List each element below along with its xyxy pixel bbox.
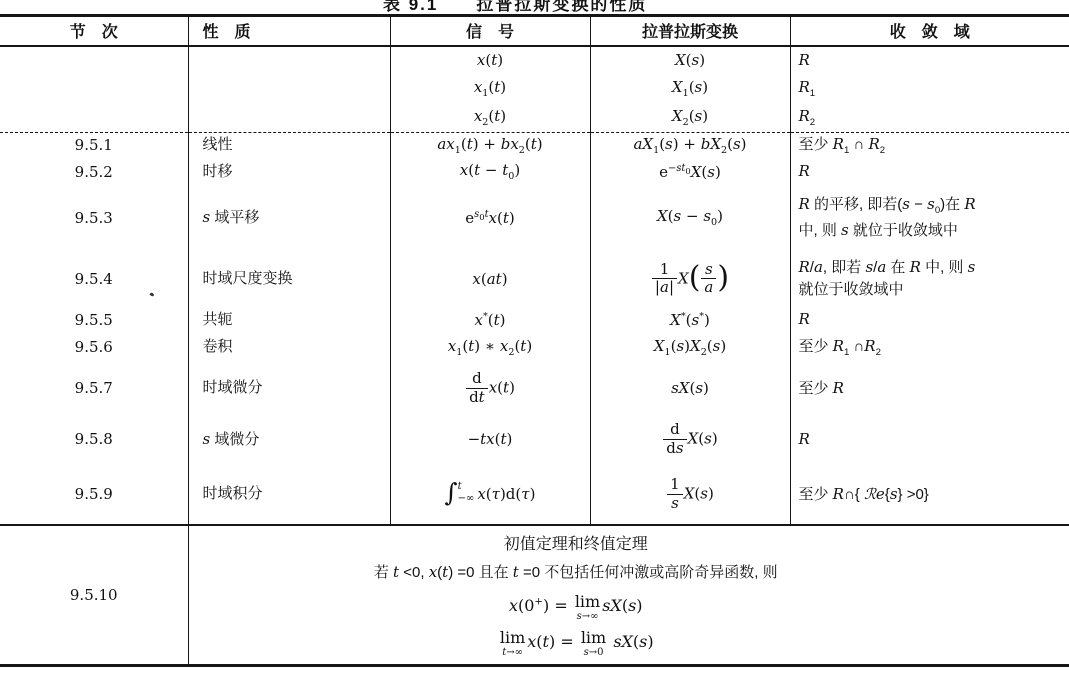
- laplace-cell: e−st0X(s): [590, 158, 790, 185]
- signal-cell: x(t): [390, 46, 590, 75]
- section-cell: 9.5.9: [0, 464, 188, 525]
- roc-cell: R2: [790, 104, 1069, 133]
- signal-cell: ∫t−∞x(τ)d(τ): [390, 464, 590, 525]
- property-cell: 线性: [188, 133, 390, 159]
- roc-cell: R 的平移, 即若(s − s0)在 R中, 则 s 就位于收敛域中: [790, 185, 1069, 250]
- final-value-formula: limt→∞x(t) = lims→0 sX(s): [203, 630, 950, 658]
- table-footer: 9.5.10 初值定理和终值定理 若 t <0, x(t) =0 且在 t =0…: [0, 525, 1069, 665]
- theorem-title: 初值定理和终值定理: [203, 533, 950, 557]
- property-cell: [188, 104, 390, 133]
- property-cell: 时域微分: [188, 362, 390, 414]
- section-cell: 9.5.4: [0, 250, 188, 307]
- section-cell: 9.5.3: [0, 185, 188, 250]
- scanned-textbook-page: 表 9.1 拉普拉斯变换的性质 节 次 性 质 信 号 拉普拉斯变换 收 敛 域…: [0, 0, 1069, 681]
- table-row: x1(t)X1(s)R1: [0, 75, 1069, 104]
- cropped-page-title: 表 9.1 拉普拉斯变换的性质: [383, 0, 833, 12]
- roc-cell: 至少 R: [790, 362, 1069, 414]
- property-cell: 时移: [188, 158, 390, 185]
- section-cell: [0, 46, 188, 75]
- laplace-cell: X1(s): [590, 75, 790, 104]
- laplace-cell: X(s): [590, 46, 790, 75]
- laplace-cell: X(s − s0): [590, 185, 790, 250]
- table-row: 9.5.3s 域平移es0tx(t)X(s − s0)R 的平移, 即若(s −…: [0, 185, 1069, 250]
- table-row: 9.5.4时域尺度变换x(at)1|a|X(sa)R/a, 即若 s/a 在 R…: [0, 250, 1069, 307]
- signal-cell: ddtx(t): [390, 362, 590, 414]
- header-signal: 信 号: [390, 16, 590, 46]
- footer-content-cell: 初值定理和终值定理 若 t <0, x(t) =0 且在 t =0 不包括任何冲…: [188, 525, 1069, 665]
- header-laplace-transform: 拉普拉斯变换: [590, 16, 790, 46]
- footer-row: 9.5.10 初值定理和终值定理 若 t <0, x(t) =0 且在 t =0…: [0, 525, 1069, 665]
- roc-cell: 至少 R1 ∩ R2: [790, 133, 1069, 159]
- laplace-cell: aX1(s) + bX2(s): [590, 133, 790, 159]
- laplace-cell: 1|a|X(sa): [590, 250, 790, 307]
- laplace-cell: X*(s*): [590, 307, 790, 332]
- table-row: 9.5.1线性ax1(t) + bx2(t)aX1(s) + bX2(s)至少 …: [0, 133, 1069, 159]
- roc-cell: R1: [790, 75, 1069, 104]
- property-cell: 时域尺度变换: [188, 250, 390, 307]
- table-row: 9.5.6卷积x1(t) ∗ x2(t)X1(s)X2(s)至少 R1 ∩R2: [0, 332, 1069, 362]
- roc-cell: R: [790, 307, 1069, 332]
- laplace-properties-table: 节 次 性 质 信 号 拉普拉斯变换 收 敛 域 x(t)X(s)Rx1(t)X…: [0, 14, 1069, 667]
- property-cell: s 域平移: [188, 185, 390, 250]
- section-cell: 9.5.6: [0, 332, 188, 362]
- table-row: x(t)X(s)R: [0, 46, 1069, 75]
- property-cell: 共轭: [188, 307, 390, 332]
- table-row: 9.5.9时域积分∫t−∞x(τ)d(τ)1sX(s)至少 R∩{ ℛe{s} …: [0, 464, 1069, 525]
- roc-cell: R: [790, 414, 1069, 464]
- theorem-condition: 若 t <0, x(t) =0 且在 t =0 不包括任何冲激或高阶奇异函数, …: [203, 561, 950, 585]
- table-row: 9.5.2时移x(t − t0)e−st0X(s)R: [0, 158, 1069, 185]
- cropped-page-title-text: 表 9.1 拉普拉斯变换的性质: [383, 0, 833, 12]
- roc-cell: 至少 R∩{ ℛe{s} >0}: [790, 464, 1069, 525]
- signal-cell: x*(t): [390, 307, 590, 332]
- property-cell: [188, 46, 390, 75]
- laplace-cell: sX(s): [590, 362, 790, 414]
- section-cell: 9.5.2: [0, 158, 188, 185]
- laplace-cell: ddsX(s): [590, 414, 790, 464]
- signal-cell: x2(t): [390, 104, 590, 133]
- section-cell: 9.5.8: [0, 414, 188, 464]
- table-row: 9.5.5共轭x*(t)X*(s*)R: [0, 307, 1069, 332]
- roc-cell: R/a, 即若 s/a 在 R 中, 则 s就位于收敛域中: [790, 250, 1069, 307]
- laplace-cell: X2(s): [590, 104, 790, 133]
- section-cell: [0, 104, 188, 133]
- section-cell: 9.5.5: [0, 307, 188, 332]
- theorem-block: 初值定理和终值定理 若 t <0, x(t) =0 且在 t =0 不包括任何冲…: [203, 526, 1069, 664]
- laplace-cell: 1sX(s): [590, 464, 790, 525]
- property-cell: 时域积分: [188, 464, 390, 525]
- header-row: 节 次 性 质 信 号 拉普拉斯变换 收 敛 域: [0, 16, 1069, 46]
- roc-cell: R: [790, 158, 1069, 185]
- signal-cell: x1(t) ∗ x2(t): [390, 332, 590, 362]
- footer-section-cell: 9.5.10: [0, 525, 188, 665]
- header-section: 节 次: [0, 16, 188, 46]
- table-body: x(t)X(s)Rx1(t)X1(s)R1x2(t)X2(s)R29.5.1线性…: [0, 46, 1069, 526]
- header-roc: 收 敛 域: [790, 16, 1069, 46]
- table-row: 9.5.8s 域微分−tx(t)ddsX(s)R: [0, 414, 1069, 464]
- table-row: 9.5.7时域微分ddtx(t)sX(s)至少 R: [0, 362, 1069, 414]
- signal-cell: x(t − t0): [390, 158, 590, 185]
- signal-cell: ax1(t) + bx2(t): [390, 133, 590, 159]
- table-row: x2(t)X2(s)R2: [0, 104, 1069, 133]
- property-cell: 卷积: [188, 332, 390, 362]
- roc-cell: R: [790, 46, 1069, 75]
- laplace-cell: X1(s)X2(s): [590, 332, 790, 362]
- header-property: 性 质: [188, 16, 390, 46]
- signal-cell: −tx(t): [390, 414, 590, 464]
- property-cell: s 域微分: [188, 414, 390, 464]
- signal-cell: es0tx(t): [390, 185, 590, 250]
- roc-cell: 至少 R1 ∩R2: [790, 332, 1069, 362]
- property-cell: [188, 75, 390, 104]
- section-cell: 9.5.7: [0, 362, 188, 414]
- signal-cell: x1(t): [390, 75, 590, 104]
- section-cell: [0, 75, 188, 104]
- table-header: 节 次 性 质 信 号 拉普拉斯变换 收 敛 域: [0, 16, 1069, 46]
- initial-value-formula: x(0+) = lims→∞sX(s): [203, 594, 950, 622]
- signal-cell: x(at): [390, 250, 590, 307]
- section-cell: 9.5.1: [0, 133, 188, 159]
